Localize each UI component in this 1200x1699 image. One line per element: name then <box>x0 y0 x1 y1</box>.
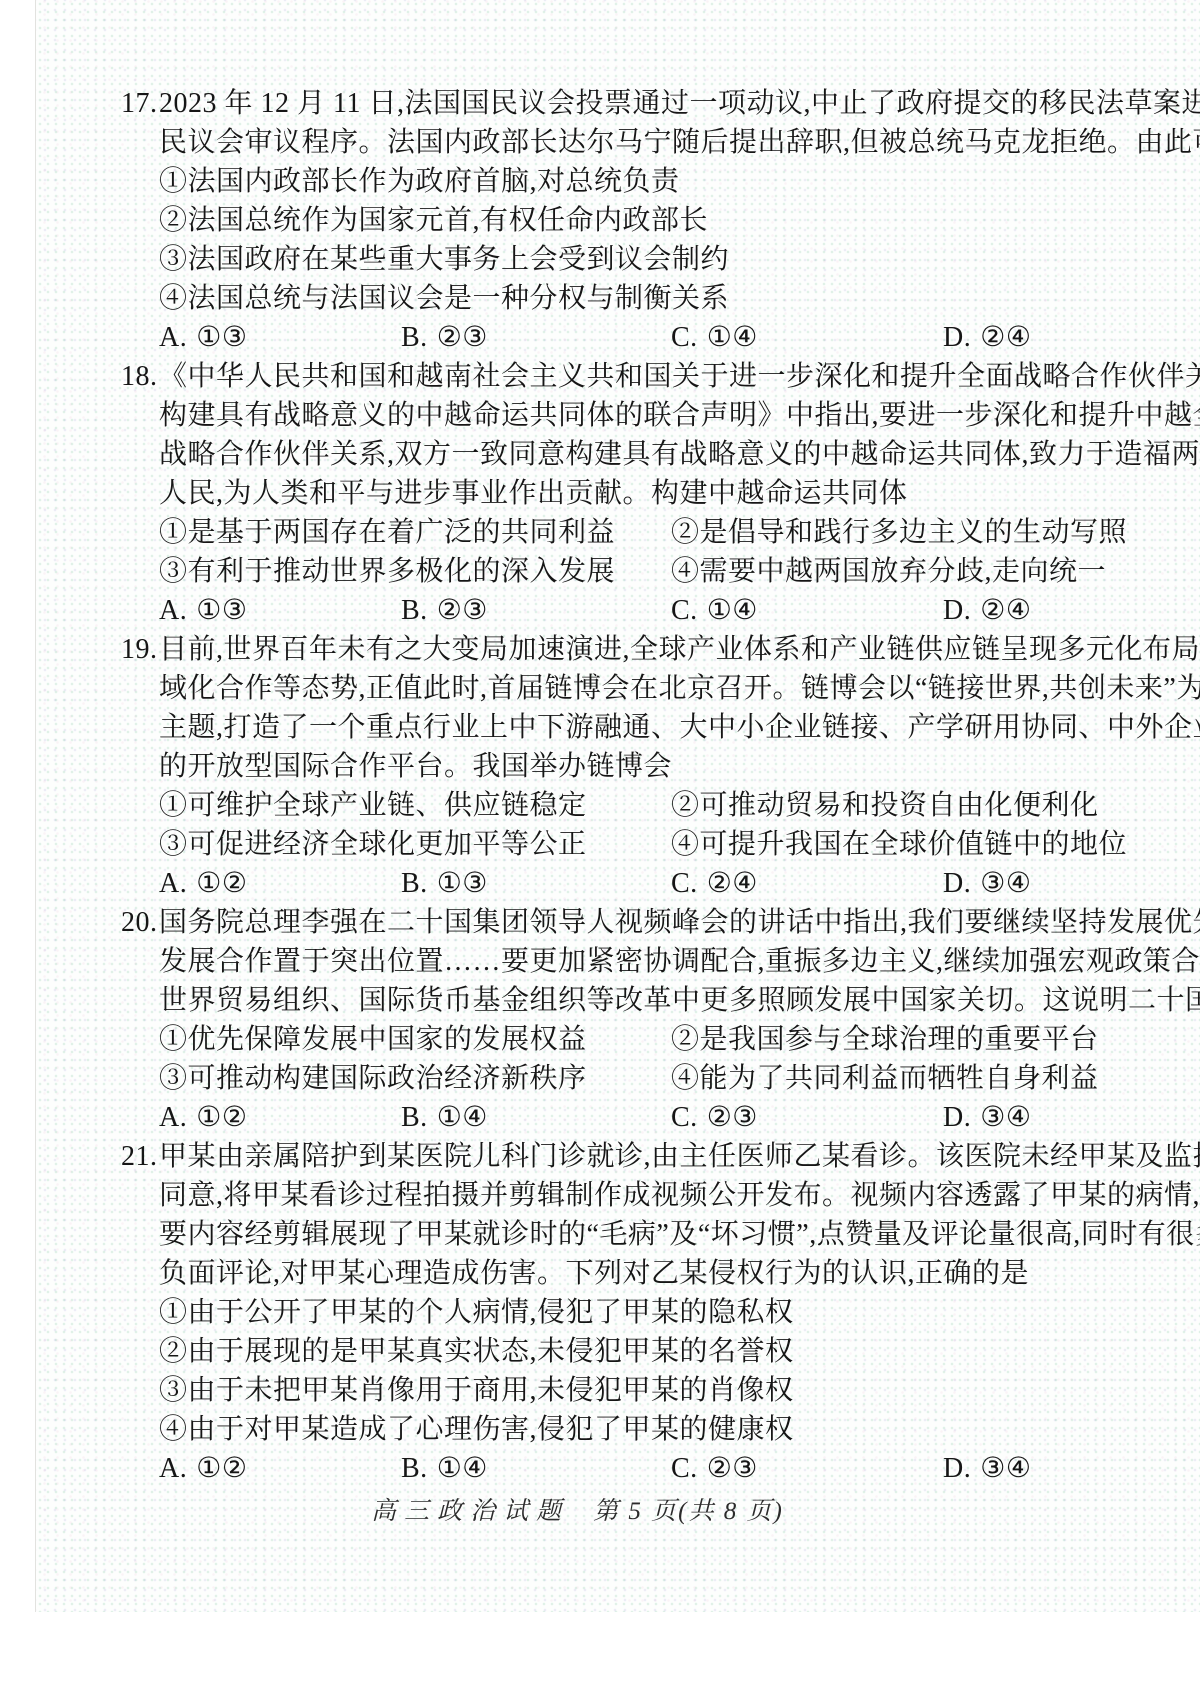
choice-b: B.①④ <box>401 1098 488 1137</box>
stem-text: 国务院总理李强在二十国集团领导人视频峰会的讲话中指出,我们要继续坚持发展优先,把 <box>159 907 1200 938</box>
option-statement-row: ③可促进经济全球化更加平等公正④可提升我国在全球价值链中的地位 <box>121 825 1176 864</box>
option-statement: ④可提升我国在全球价值链中的地位 <box>671 829 1127 860</box>
stem-text: 目前,世界百年未有之大变局加速演进,全球产业体系和产业链供应链呈现多元化布局、区 <box>159 634 1200 665</box>
question-18: 18.《中华人民共和国和越南社会主义共和国关于进一步深化和提升全面战略合作伙伴关… <box>121 357 1176 630</box>
choice-d: D.②④ <box>943 318 1031 357</box>
stem-line: 要内容经剪辑展现了甲某就诊时的“毛病”及“坏习惯”,点赞量及评论量很高,同时有很… <box>121 1215 1176 1254</box>
option-statement: ①由于公开了甲某的个人病情,侵犯了甲某的隐私权 <box>121 1293 1176 1332</box>
option-statement: ③可促进经济全球化更加平等公正 <box>159 825 671 864</box>
option-statement: ④由于对甲某造成了心理伤害,侵犯了甲某的健康权 <box>121 1410 1176 1449</box>
choice-b: B.①④ <box>401 1449 488 1488</box>
stem-line: 20.国务院总理李强在二十国集团领导人视频峰会的讲话中指出,我们要继续坚持发展优… <box>121 903 1176 942</box>
question-19: 19.目前,世界百年未有之大变局加速演进,全球产业体系和产业链供应链呈现多元化布… <box>121 630 1176 903</box>
footer-course-title: 高三政治试题 <box>371 1498 569 1525</box>
stem-line: 世界贸易组织、国际货币基金组织等改革中更多照顾发展中国家关切。这说明二十国集团 <box>121 981 1176 1020</box>
stem-line: 的开放型国际合作平台。我国举办链博会 <box>121 747 1176 786</box>
option-statement-row: ①可维护全球产业链、供应链稳定②可推动贸易和投资自由化便利化 <box>121 786 1176 825</box>
choice-a: A.①② <box>159 1449 247 1488</box>
option-statement: ②由于展现的是甲某真实状态,未侵犯甲某的名誉权 <box>121 1332 1176 1371</box>
choice-a: A.①③ <box>159 318 247 357</box>
stem-line: 同意,将甲某看诊过程拍摄并剪辑制作成视频公开发布。视频内容透露了甲某的病情,主 <box>121 1176 1176 1215</box>
stem-line: 主题,打造了一个重点行业上中下游融通、大中小企业链接、产学研用协同、中外企业互动 <box>121 708 1176 747</box>
choice-c: C.①④ <box>671 318 758 357</box>
option-statement: ④能为了共同利益而牺牲自身利益 <box>671 1063 1099 1094</box>
choice-c: C.①④ <box>671 591 758 630</box>
option-statement-row: ①优先保障发展中国家的发展权益②是我国参与全球治理的重要平台 <box>121 1020 1176 1059</box>
option-statement-row: ①是基于两国存在着广泛的共同利益②是倡导和践行多边主义的生动写照 <box>121 513 1176 552</box>
option-statement: ③由于未把甲某肖像用于商用,未侵犯甲某的肖像权 <box>121 1371 1176 1410</box>
answer-choices-row: A.①② B.①④ C.②③ D.③④ <box>121 1449 1176 1488</box>
question-17: 17.2023 年 12 月 11 日,法国国民议会投票通过一项动议,中止了政府… <box>121 84 1176 357</box>
stem-line: 民议会审议程序。法国内政部长达尔马宁随后提出辞职,但被总统马克龙拒绝。由此可见 <box>121 123 1176 162</box>
stem-line: 18.《中华人民共和国和越南社会主义共和国关于进一步深化和提升全面战略合作伙伴关… <box>121 357 1176 396</box>
exam-content: 17.2023 年 12 月 11 日,法国国民议会投票通过一项动议,中止了政府… <box>121 84 1176 1488</box>
question-number: 21. <box>121 1137 159 1176</box>
answer-choices-row: A.①② B.①③ C.②④ D.③④ <box>121 864 1176 903</box>
option-statement-row: ③可推动构建国际政治经济新秩序④能为了共同利益而牺牲自身利益 <box>121 1059 1176 1098</box>
choice-d: D.③④ <box>943 864 1031 903</box>
option-statement: ③法国政府在某些重大事务上会受到议会制约 <box>121 240 1176 279</box>
option-statement: ③可推动构建国际政治经济新秩序 <box>159 1059 671 1098</box>
option-statement-row: ③有利于推动世界多极化的深入发展④需要中越两国放弃分歧,走向统一 <box>121 552 1176 591</box>
choice-d: D.③④ <box>943 1449 1031 1488</box>
stem-line: 构建具有战略意义的中越命运共同体的联合声明》中指出,要进一步深化和提升中越全面 <box>121 396 1176 435</box>
option-statement: ③有利于推动世界多极化的深入发展 <box>159 552 671 591</box>
question-number: 20. <box>121 903 159 942</box>
stem-line: 战略合作伙伴关系,双方一致同意构建具有战略意义的中越命运共同体,致力于造福两国 <box>121 435 1176 474</box>
choice-a: A.①③ <box>159 591 247 630</box>
stem-line: 负面评论,对甲某心理造成伤害。下列对乙某侵权行为的认识,正确的是 <box>121 1254 1176 1293</box>
answer-choices-row: A.①③ B.②③ C.①④ D.②④ <box>121 591 1176 630</box>
option-statement: ①法国内政部长作为政府首脑,对总统负责 <box>121 162 1176 201</box>
choice-b: B.②③ <box>401 318 488 357</box>
choice-b: B.①③ <box>401 864 488 903</box>
footer-page-number: 第 5 页(共 8 页) <box>593 1498 784 1525</box>
question-number: 17. <box>121 84 159 123</box>
answer-choices-row: A.①③ B.②③ C.①④ D.②④ <box>121 318 1176 357</box>
option-statement: ②是我国参与全球治理的重要平台 <box>671 1024 1099 1055</box>
question-number: 18. <box>121 357 159 396</box>
question-21: 21.甲某由亲属陪护到某医院儿科门诊就诊,由主任医师乙某看诊。该医院未经甲某及监… <box>121 1137 1176 1488</box>
stem-text: 《中华人民共和国和越南社会主义共和国关于进一步深化和提升全面战略合作伙伴关系、 <box>159 361 1200 392</box>
option-statement: ①是基于两国存在着广泛的共同利益 <box>159 513 671 552</box>
option-statement: ①优先保障发展中国家的发展权益 <box>159 1020 671 1059</box>
question-number: 19. <box>121 630 159 669</box>
stem-line: 21.甲某由亲属陪护到某医院儿科门诊就诊,由主任医师乙某看诊。该医院未经甲某及监… <box>121 1137 1176 1176</box>
stem-text: 甲某由亲属陪护到某医院儿科门诊就诊,由主任医师乙某看诊。该医院未经甲某及监护人 <box>159 1141 1200 1172</box>
stem-text: 2023 年 12 月 11 日,法国国民议会投票通过一项动议,中止了政府提交的… <box>159 88 1200 119</box>
stem-line: 发展合作置于突出位置……要更加紧密协调配合,重振多边主义,继续加强宏观政策合作,… <box>121 942 1176 981</box>
choice-c: C.②④ <box>671 864 758 903</box>
answer-choices-row: A.①② B.①④ C.②③ D.③④ <box>121 1098 1176 1137</box>
option-statement: ②法国总统作为国家元首,有权任命内政部长 <box>121 201 1176 240</box>
stem-line: 17.2023 年 12 月 11 日,法国国民议会投票通过一项动议,中止了政府… <box>121 84 1176 123</box>
option-statement: ④法国总统与法国议会是一种分权与制衡关系 <box>121 279 1176 318</box>
stem-line: 域化合作等态势,正值此时,首届链博会在北京召开。链博会以“链接世界,共创未来”为 <box>121 669 1176 708</box>
option-statement: ②是倡导和践行多边主义的生动写照 <box>671 517 1127 548</box>
choice-a: A.①② <box>159 864 247 903</box>
choice-b: B.②③ <box>401 591 488 630</box>
stem-line: 人民,为人类和平与进步事业作出贡献。构建中越命运共同体 <box>121 474 1176 513</box>
option-statement: ①可维护全球产业链、供应链稳定 <box>159 786 671 825</box>
page-footer: 高三政治试题第 5 页(共 8 页) <box>0 1492 1160 1531</box>
choice-c: C.②③ <box>671 1098 758 1137</box>
stem-line: 19.目前,世界百年未有之大变局加速演进,全球产业体系和产业链供应链呈现多元化布… <box>121 630 1176 669</box>
choice-d: D.③④ <box>943 1098 1031 1137</box>
option-statement: ②可推动贸易和投资自由化便利化 <box>671 790 1099 821</box>
option-statement: ④需要中越两国放弃分歧,走向统一 <box>671 556 1106 587</box>
choice-c: C.②③ <box>671 1449 758 1488</box>
exam-paper-page: 17.2023 年 12 月 11 日,法国国民议会投票通过一项动议,中止了政府… <box>35 0 1200 1612</box>
question-20: 20.国务院总理李强在二十国集团领导人视频峰会的讲话中指出,我们要继续坚持发展优… <box>121 903 1176 1137</box>
choice-a: A.①② <box>159 1098 247 1137</box>
choice-d: D.②④ <box>943 591 1031 630</box>
